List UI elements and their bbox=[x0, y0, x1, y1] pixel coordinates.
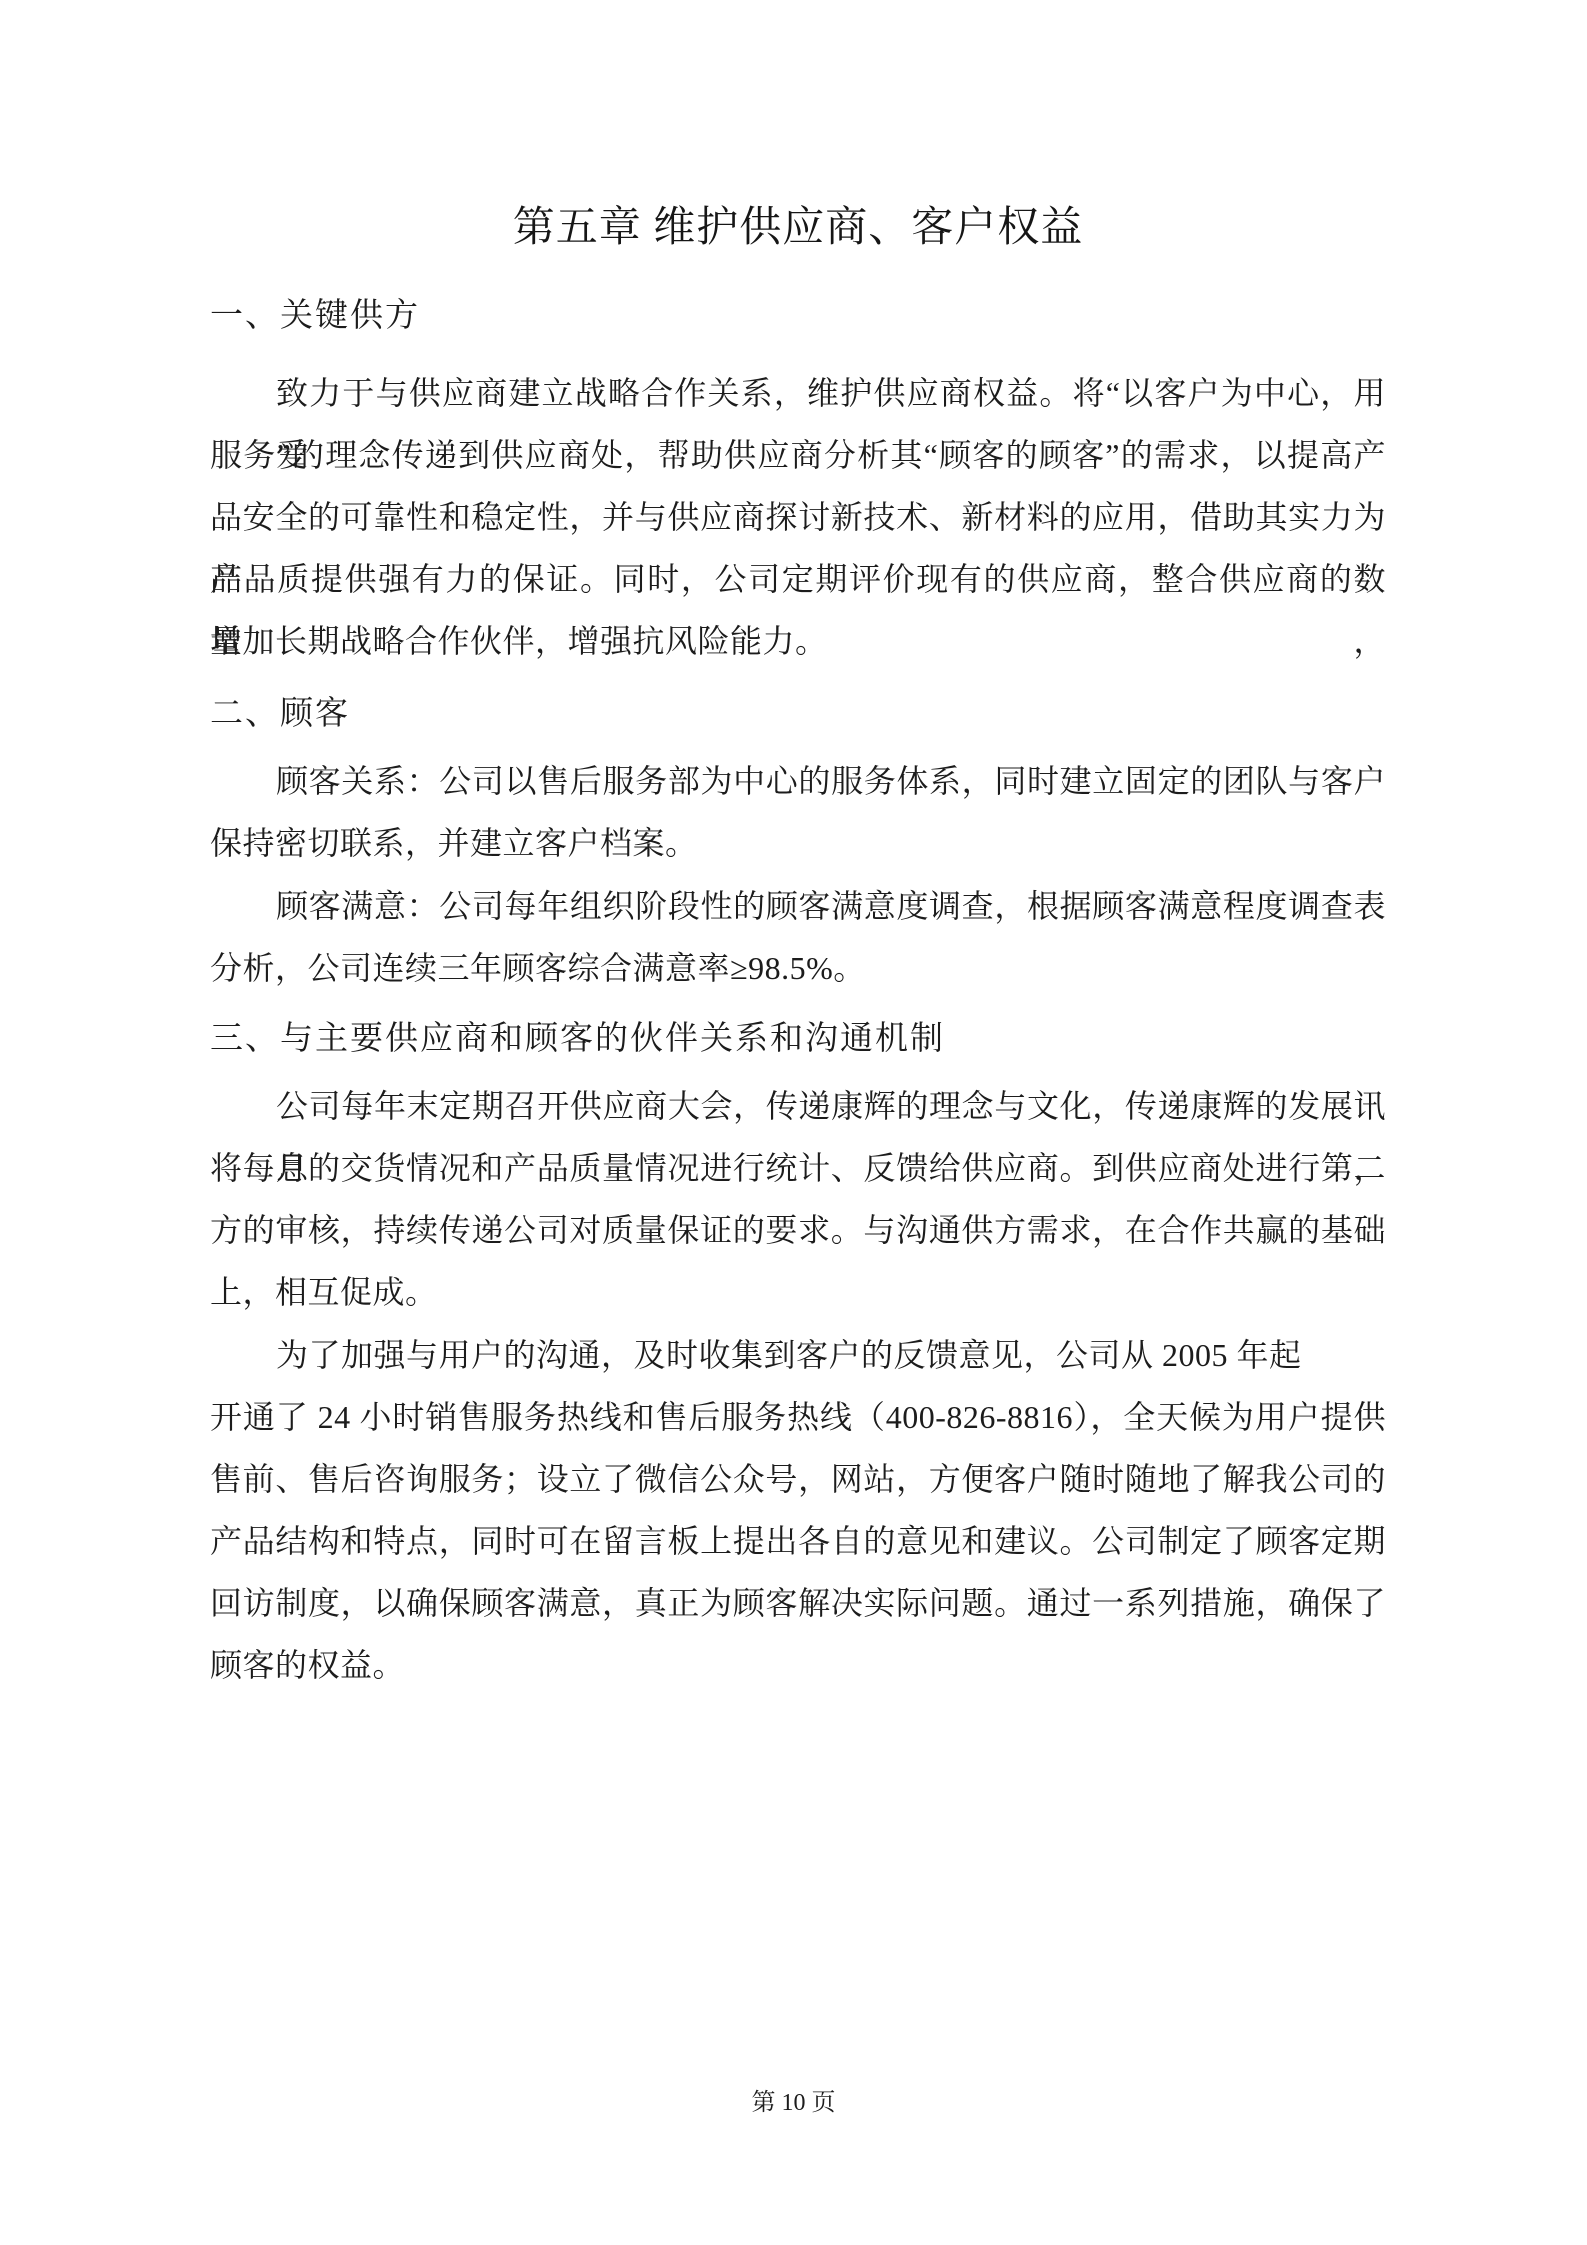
paragraph: 顾客关系：公司以售后服务部为中心的服务体系，同时建立固定的团队与客户 保持密切联… bbox=[210, 750, 1386, 874]
text-line: 为了加强与用户的沟通，及时收集到客户的反馈意见，公司从 2005 年起 bbox=[210, 1324, 1386, 1386]
text-line: 顾客的权益。 bbox=[210, 1634, 1386, 1696]
text-line: 将每月的交货情况和产品质量情况进行统计、反馈给供应商。到供应商处进行第二 bbox=[210, 1137, 1386, 1199]
page-title: 第五章 维护供应商、客户权益 bbox=[210, 0, 1386, 254]
text-line: 致力于与供应商建立战略合作关系，维护供应商权益。将“以客户为中心，用爱 bbox=[210, 362, 1386, 424]
text-line: 保持密切联系，并建立客户档案。 bbox=[210, 812, 1386, 874]
text-line: 方的审核，持续传递公司对质量保证的要求。与沟通供方需求，在合作共赢的基础 bbox=[210, 1199, 1386, 1261]
paragraph: 致力于与供应商建立战略合作关系，维护供应商权益。将“以客户为中心，用爱 服务”的… bbox=[210, 362, 1386, 672]
section-heading-partnership-communication: 三、与主要供应商和顾客的伙伴关系和沟通机制 bbox=[210, 1017, 1386, 1061]
paragraph: 顾客满意：公司每年组织阶段性的顾客满意度调查，根据顾客满意程度调查表 分析，公司… bbox=[210, 875, 1386, 999]
paragraph: 公司每年末定期召开供应商大会，传递康辉的理念与文化，传递康辉的发展讯息， 将每月… bbox=[210, 1075, 1386, 1323]
page-content: 第五章 维护供应商、客户权益 一、关键供方 致力于与供应商建立战略合作关系，维护… bbox=[210, 0, 1386, 1696]
section-heading-key-suppliers: 一、关键供方 bbox=[210, 294, 1386, 338]
text-line: 顾客满意：公司每年组织阶段性的顾客满意度调查，根据顾客满意程度调查表 bbox=[210, 875, 1386, 937]
text-line: 上，相互促成。 bbox=[210, 1261, 1386, 1323]
text-line: 回访制度，以确保顾客满意，真正为顾客解决实际问题。通过一系列措施，确保了 bbox=[210, 1572, 1386, 1634]
text-line: 产品结构和特点，同时可在留言板上提出各自的意见和建议。公司制定了顾客定期 bbox=[210, 1510, 1386, 1572]
section-heading-customers: 二、顾客 bbox=[210, 692, 1386, 736]
paragraph: 为了加强与用户的沟通，及时收集到客户的反馈意见，公司从 2005 年起 开通了 … bbox=[210, 1324, 1386, 1696]
document-page: 第五章 维护供应商、客户权益 一、关键供方 致力于与供应商建立战略合作关系，维护… bbox=[0, 0, 1587, 2245]
page-number: 第 10 页 bbox=[0, 2088, 1587, 2118]
text-line: 分析，公司连续三年顾客综合满意率≥98.5%。 bbox=[210, 937, 1386, 999]
text-line: 顾客关系：公司以售后服务部为中心的服务体系，同时建立固定的团队与客户 bbox=[210, 750, 1386, 812]
text-line: 公司每年末定期召开供应商大会，传递康辉的理念与文化，传递康辉的发展讯息， bbox=[210, 1075, 1386, 1137]
text-line: 品安全的可靠性和稳定性，并与供应商探讨新技术、新材料的应用，借助其实力为产 bbox=[210, 486, 1386, 548]
text-line: 品品质提供强有力的保证。同时，公司定期评价现有的供应商，整合供应商的数量， bbox=[210, 548, 1386, 610]
text-line: 开通了 24 小时销售服务热线和售后服务热线（400-826-8816），全天候… bbox=[210, 1386, 1386, 1448]
text-line: 服务”的理念传递到供应商处，帮助供应商分析其“顾客的顾客”的需求，以提高产 bbox=[210, 424, 1386, 486]
text-line: 售前、售后咨询服务；设立了微信公众号，网站，方便客户随时随地了解我公司的 bbox=[210, 1448, 1386, 1510]
